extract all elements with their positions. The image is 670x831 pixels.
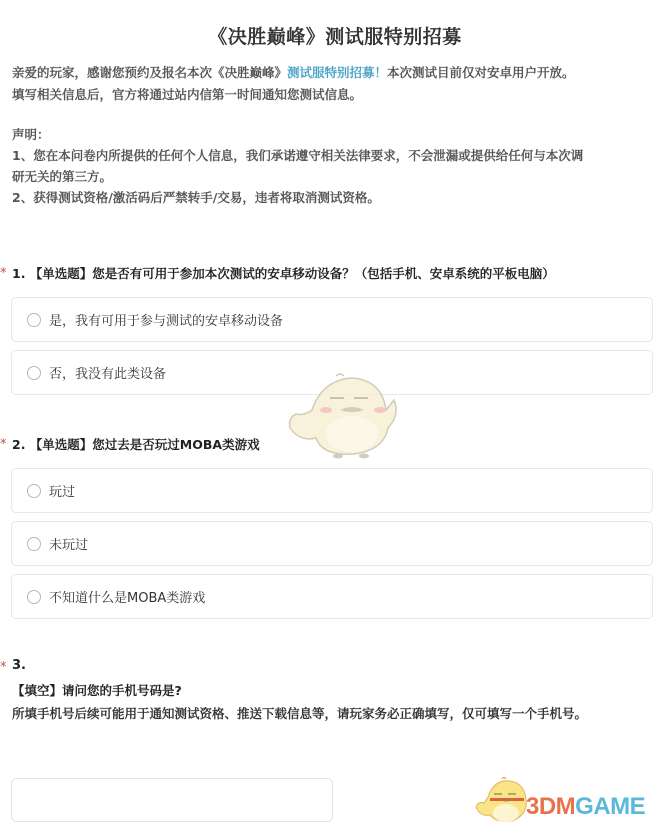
watermark-game: GAME bbox=[575, 793, 645, 820]
question-2-option-played[interactable]: 玩过 bbox=[11, 468, 653, 513]
option-label: 否，我没有此类设备 bbox=[49, 363, 166, 382]
statement-item-1-cont: 研无关的第三方。 bbox=[12, 166, 662, 187]
intro-line1-pre: 亲爱的玩家，感谢您预约及报名本次《决胜巅峰》 bbox=[12, 65, 287, 80]
question-2-option-unknown[interactable]: 不知道什么是MOBA类游戏 bbox=[11, 574, 653, 619]
radio-button[interactable] bbox=[27, 484, 41, 498]
question-2-title: 2. 【单选题】您过去是否玩过MOBA类游戏 bbox=[12, 435, 260, 453]
intro-line2: 填写相关信息后，官方将通过站内信第一时间通知您测试信息。 bbox=[12, 84, 662, 106]
statement-item-2: 2、获得测试资格/激活码后严禁转手/交易，违者将取消测试资格。 bbox=[12, 187, 662, 208]
watermark-3dm: 3DM bbox=[526, 793, 575, 820]
statement-heading: 声明： bbox=[12, 124, 662, 145]
question-1-title: 1. 【单选题】您是否有可用于参加本次测试的安卓移动设备？（包括手机、安卓系统的… bbox=[12, 264, 555, 282]
option-label: 玩过 bbox=[49, 481, 75, 500]
page-title: 《决胜巅峰》测试服特别招募 bbox=[0, 22, 670, 49]
radio-button[interactable] bbox=[27, 313, 41, 327]
intro-highlight: 测试服特别招募！ bbox=[287, 65, 387, 80]
watermark-text: 3DMGAME bbox=[526, 793, 645, 821]
option-label: 是，我有可用于参与测试的安卓移动设备 bbox=[49, 310, 283, 329]
statement: 声明： 1、您在本问卷内所提供的任何个人信息，我们承诺遵守相关法律要求，不会泄漏… bbox=[12, 124, 662, 208]
intro-text: 亲爱的玩家，感谢您预约及报名本次《决胜巅峰》测试服特别招募！本次测试目前仅对安卓… bbox=[12, 62, 662, 106]
mascot-icon bbox=[282, 370, 402, 460]
question-3-description: 所填手机号后续可能用于通知测试资格、推送下载信息等，请玩家务必正确填写，仅可填写… bbox=[12, 704, 667, 722]
statement-item-1: 1、您在本问卷内所提供的任何个人信息，我们承诺遵守相关法律要求，不会泄漏或提供给… bbox=[12, 145, 662, 166]
mascot-logo-icon bbox=[474, 775, 534, 827]
question-1-option-yes[interactable]: 是，我有可用于参与测试的安卓移动设备 bbox=[11, 297, 653, 342]
required-marker: * bbox=[0, 437, 7, 452]
radio-button[interactable] bbox=[27, 590, 41, 604]
intro-line1-post: 本次测试目前仅对安卓用户开放。 bbox=[387, 65, 575, 80]
option-label: 未玩过 bbox=[49, 534, 88, 553]
option-label: 不知道什么是MOBA类游戏 bbox=[49, 587, 205, 606]
watermark-logo: 3DMGAME bbox=[474, 775, 664, 827]
required-marker: * bbox=[0, 266, 7, 281]
phone-number-input[interactable] bbox=[11, 778, 333, 822]
radio-button[interactable] bbox=[27, 366, 41, 380]
question-3-title: 【填空】请问您的手机号码是? bbox=[12, 681, 182, 699]
radio-button[interactable] bbox=[27, 537, 41, 551]
question-2-option-not-played[interactable]: 未玩过 bbox=[11, 521, 653, 566]
question-3-number: 3. bbox=[12, 658, 26, 673]
required-marker: * bbox=[0, 660, 7, 675]
